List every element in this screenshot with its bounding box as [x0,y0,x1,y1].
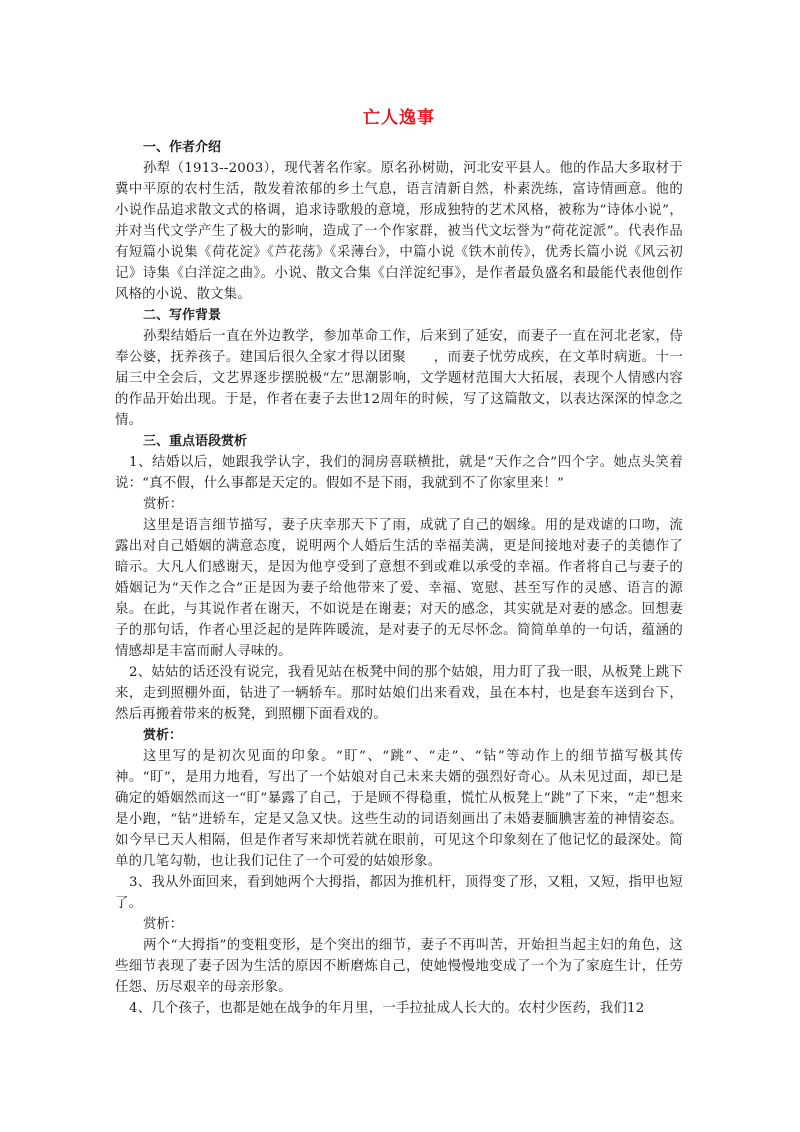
analysis-label-2: 赏析： [115,725,683,746]
quote-3: 3、我从外面回来，看到她两个大拇指，都因为推机杆，顶得变了形，又粗，又短，指甲也… [115,872,683,914]
background-paragraph: 孙梨结婚后一直在外边教学，参加革命工作，后来到了延安，而妻子一直在河北老家，侍奉… [115,326,683,431]
quote-2: 2、姑姑的话还没有说完，我看见站在板凳中间的那个姑娘，用力盯了我一眼，从板凳上跳… [115,662,683,725]
document-title: 亡人逸事 [115,106,683,130]
analysis-label-3: 赏析： [115,914,683,935]
analysis-1: 这里是语言细节描写，妻子庆幸那天下了雨，成就了自己的姻缘。用的是戏谑的口吻，流露… [115,515,683,662]
quote-4: 4、几个孩子，也都是她在战争的年月里，一手拉扯成人长大的。农村少医药，我们12 [115,998,683,1019]
analysis-3: 两个“大拇指”的变粗变形，是个突出的细节，妻子不再叫苦，开始担当起主妇的角色，这… [115,935,683,998]
analysis-label-1: 赏析： [115,494,683,515]
section-heading-analysis: 三、重点语段赏析 [115,431,683,452]
section-heading-author: 一、作者介绍 [115,137,683,158]
author-intro-paragraph: 孙犁（1913--2003），现代著名作家。原名孙树勋，河北安平县人。他的作品大… [115,158,683,305]
document-page: 亡人逸事 一、作者介绍 孙犁（1913--2003），现代著名作家。原名孙树勋，… [115,106,683,1019]
section-heading-background: 二、写作背景 [115,305,683,326]
analysis-2: 这里写的是初次见面的印象。“盯”、“跳”、“走”、“钻”等动作上的细节描写极其传… [115,746,683,872]
quote-1: 1、结婚以后，她跟我学认字，我们的洞房喜联横批，就是“天作之合”四个字。她点头笑… [115,452,683,494]
